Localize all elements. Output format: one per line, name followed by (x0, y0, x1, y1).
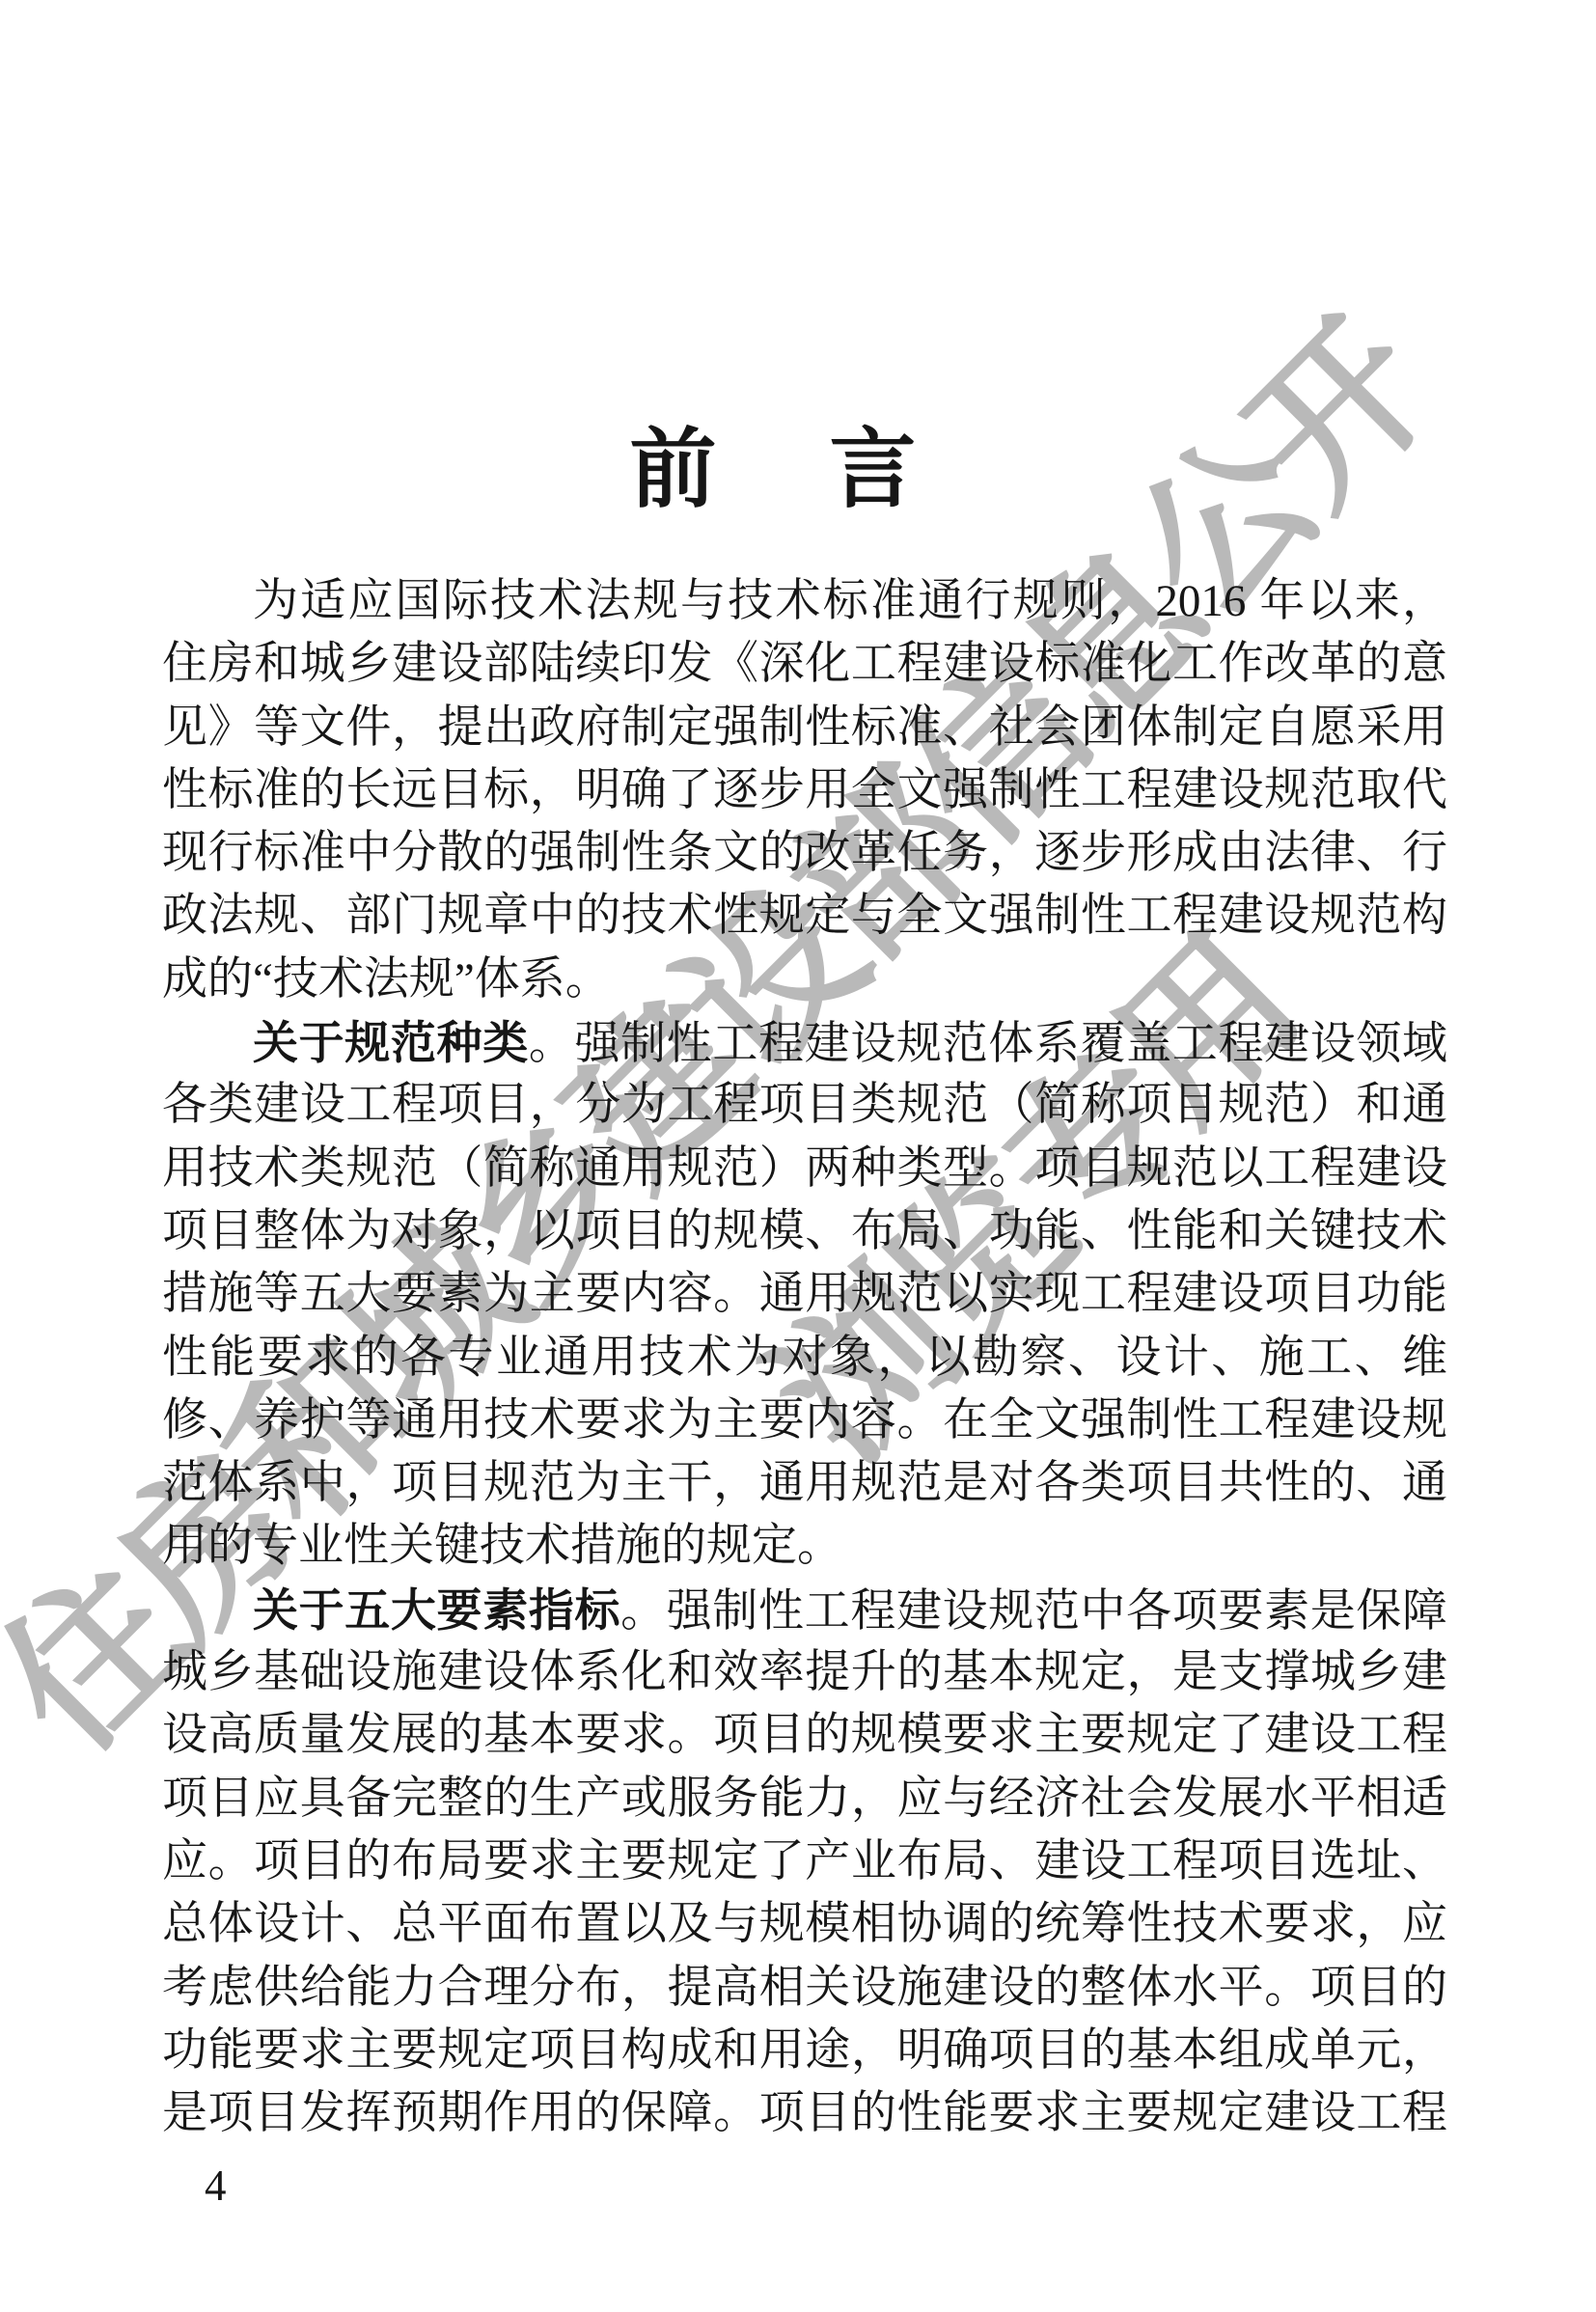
body-text-line: 现行标准中分散的强制性条文的改革任务，逐步形成由法律、行 (162, 822, 1447, 885)
body-text-line: 功能要求主要规定项目构成和用途，明确项目的基本组成单元， (162, 2020, 1447, 2082)
document-page: 住房和城乡建设部信息公开 浏览专用 前 言 为适应国际技术法规与技术标准通行规则… (0, 0, 1596, 2312)
paragraph-lead-term: 关于五大要素指标 (253, 1584, 620, 1636)
body-text-line: 用技术类规范（简称通用规范）两种类型。项目规范以工程建设 (162, 1138, 1447, 1200)
page-number: 4 (205, 2161, 227, 2210)
body-text-line: 应。项目的布局要求主要规定了产业布局、建设工程项目选址、 (162, 1830, 1447, 1893)
body-text-line: 性标准的长远目标，明确了逐步用全文强制性工程建设规范取代 (162, 759, 1447, 822)
body-text-line: 设高质量发展的基本要求。项目的规模要求主要规定了建设工程 (162, 1704, 1447, 1767)
body-text-line: 见》等文件，提出政府制定强制性标准、社会团体制定自愿采用 (162, 697, 1447, 759)
body-text-line: 政法规、部门规章中的技术性规定与全文强制性工程建设规范构 (162, 885, 1447, 948)
body-text-line: 关于规范种类。强制性工程建设规范体系覆盖工程建设领域 (162, 1011, 1447, 1074)
body-text-line: 住房和城乡建设部陆续印发《深化工程建设标准化工作改革的意 (162, 633, 1447, 696)
body-text-line: 性能要求的各专业通用技术为对象，以勘察、设计、施工、维 (162, 1327, 1447, 1390)
body-text-line: 措施等五大要素为主要内容。通用规范以实现工程建设项目功能 (162, 1263, 1447, 1326)
body-text-line: 城乡基础设施建设体系化和效率提升的基本规定，是支撑城乡建 (162, 1641, 1447, 1704)
body-text-line: 关于五大要素指标。强制性工程建设规范中各项要素是保障 (162, 1579, 1447, 1641)
body-text-line: 修、养护等通用技术要求为主要内容。在全文强制性工程建设规 (162, 1390, 1447, 1452)
body-text-line: 成的“技术法规”体系。 (162, 949, 1447, 1011)
page-content: 前 言 为适应国际技术法规与技术标准通行规则，2016 年以来，住房和城乡建设部… (0, 0, 1596, 2312)
body-text-line: 考虑供给能力合理分布，提高相关设施建设的整体水平。项目的 (162, 1957, 1447, 2020)
body-text-line: 用的专业性关键技术措施的规定。 (162, 1515, 1447, 1578)
body-text-line: 项目整体为对象，以项目的规模、布局、功能、性能和关键技术 (162, 1200, 1447, 1263)
preface-body: 为适应国际技术法规与技术标准通行规则，2016 年以来，住房和城乡建设部陆续印发… (162, 570, 1447, 2145)
page-title: 前 言 (125, 423, 1420, 519)
page-title-first-char: 前 (630, 423, 717, 519)
body-text-line: 各类建设工程项目，分为工程项目类规范（简称项目规范）和通 (162, 1074, 1447, 1137)
body-text-line: 是项目发挥预期作用的保障。项目的性能要求主要规定建设工程 (162, 2082, 1447, 2145)
paragraph-lead-term: 关于规范种类 (253, 1017, 529, 1068)
page-title-second-char: 言 (830, 423, 917, 519)
body-text-line: 总体设计、总平面布置以及与规模相协调的统筹性技术要求，应 (162, 1893, 1447, 1956)
body-text-line: 项目应具备完整的生产或服务能力，应与经济社会发展水平相适 (162, 1768, 1447, 1830)
body-text-line: 范体系中，项目规范为主干，通用规范是对各类项目共性的、通 (162, 1452, 1447, 1515)
body-text-line: 为适应国际技术法规与技术标准通行规则，2016 年以来， (162, 570, 1447, 633)
